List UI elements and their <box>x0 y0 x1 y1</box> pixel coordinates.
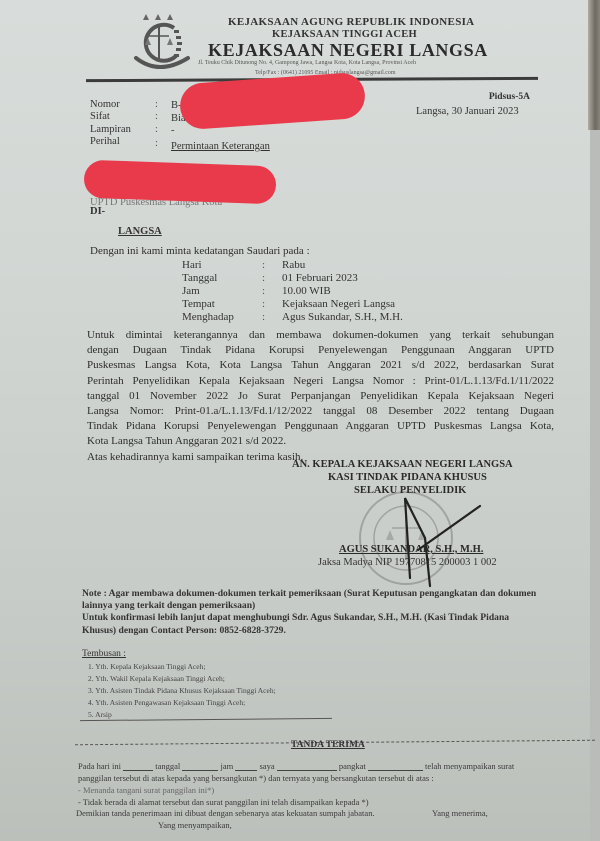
paragraph-line: tanggal 01 November 2022 Jo Surat Perpan… <box>87 389 554 404</box>
note-line: Note : Agar membawa dokumen-dokumen terk… <box>82 588 536 599</box>
colon: : <box>262 311 265 323</box>
schedule-label: Menghadap <box>182 311 234 323</box>
colon: : <box>262 272 265 284</box>
redaction-mark <box>83 160 276 205</box>
tembusan-item: 3. Yth. Asisten Tindak Pidana Khusus Kej… <box>88 686 276 695</box>
receipt-statement: Demikian tanda penerimaan ini dibuat den… <box>76 808 375 818</box>
colon: : <box>262 259 265 271</box>
letterhead-office: KEJAKSAAN NEGERI LANGSA <box>208 40 488 61</box>
note-line: Untuk konfirmasi lebih lanjut dapat meng… <box>82 612 509 623</box>
letterhead-address: Jl. Teuku Chik Ditunong No. 4, Gampong J… <box>198 60 416 66</box>
schedule-value: Rabu <box>282 259 305 271</box>
tembusan-item: 2. Yth. Wakil Kepala Kejaksaan Tinggi Ac… <box>88 674 225 683</box>
colon: : <box>262 298 265 310</box>
tembusan-item: 1. Yth. Kepala Kejaksaan Tinggi Aceh; <box>88 662 205 671</box>
colon: : <box>155 99 158 110</box>
tembusan-title: Tembusan : <box>82 649 126 659</box>
signer-rank-nip: Jaksa Madya NIP 19770815 200003 1 002 <box>318 557 497 568</box>
schedule-value: 01 Februari 2023 <box>282 272 358 284</box>
signature-title1: AN. KEPALA KEJAKSAAN NEGERI LANGSA <box>292 459 513 470</box>
receipt-option1: - Menanda tangani surat panggilan ini*) <box>78 785 214 795</box>
blank-field <box>277 770 337 771</box>
receipt-receiver: Yang menerima, <box>432 808 488 818</box>
blank-field <box>235 770 257 771</box>
meta-label-perihal: Perihal <box>90 136 120 147</box>
schedule-label: Hari <box>182 259 202 271</box>
meta-label-nomor: Nomor <box>90 99 120 110</box>
body-paragraph: Untuk dimintai keterangannya dan membawa… <box>87 328 554 465</box>
receipt-word: telah menyampaikan surat <box>425 761 514 771</box>
receipt-word: pangkat <box>339 761 366 771</box>
note-line: lainnya yang terkait dengan pemeriksaan) <box>82 600 255 611</box>
paragraph-line: Langsa Nomor: Print-01.a/L.1.13/Fd.1/12/… <box>87 404 554 419</box>
paragraph-line: dengan Dugaan Tindak Pidana Korupsi Peny… <box>87 343 554 358</box>
letterhead-line2: KEJAKSAAN TINGGI ACEH <box>272 29 417 40</box>
schedule-label: Tempat <box>182 298 215 310</box>
paragraph-line: Kota Langsa Tahun Anggaran 2021 s/d 2022… <box>87 434 554 449</box>
schedule-value: Kejaksaan Negeri Langsa <box>282 298 395 310</box>
prosecutor-emblem-icon <box>132 12 192 74</box>
meta-label-sifat: Sifat <box>90 111 110 122</box>
note-line: Khusus) dengan Contact Person: 0852-6828… <box>82 625 286 636</box>
blank-field <box>182 770 218 771</box>
colon: : <box>155 124 158 135</box>
receipt-option2: - Tidak berada di alamat tersebut dan su… <box>78 797 369 807</box>
place-date: Langsa, 30 Januari 2023 <box>416 106 519 117</box>
receipt-word: tanggal <box>155 761 180 771</box>
receipt-line1: Pada hari ini tanggal jam saya pangkat t… <box>78 761 514 771</box>
receipt-sender: Yang menyampaikan, <box>158 820 232 830</box>
blank-field <box>368 770 423 771</box>
intro-text: Dengan ini kami minta kedatangan Saudari… <box>90 245 310 257</box>
colon: : <box>262 285 265 297</box>
paragraph-line: Untuk dimintai keterangannya dan membawa… <box>87 328 554 343</box>
colon: : <box>155 111 158 122</box>
form-code: Pidsus-5A <box>489 92 530 102</box>
receipt-word: jam <box>221 761 234 771</box>
paragraph-line: Tindak Pidana Korupsi Penyelewengan Peng… <box>87 419 554 434</box>
signer-name: AGUS SUKANDAR, S.H., M.H. <box>339 544 483 555</box>
recipient-city: LANGSA <box>118 226 162 237</box>
blank-field <box>123 770 153 771</box>
recipient-di: DI- <box>90 206 105 217</box>
receipt-line2: panggilan tersebut di atas kepada yang b… <box>78 773 434 783</box>
schedule-value: 10.00 WIB <box>282 285 331 297</box>
handwritten-signature <box>370 478 510 598</box>
receipt-word: saya <box>260 761 275 771</box>
paragraph-line: Perintah Penyelidikan Kepala Kejaksaan N… <box>87 374 554 389</box>
letterhead-line1: KEJAKSAAN AGUNG REPUBLIK INDONESIA <box>228 16 474 28</box>
tembusan-item: 4. Yth. Asisten Pengawasan Kejaksaan Tin… <box>88 698 245 707</box>
meta-value-perihal: Permintaan Keterangan <box>171 141 270 152</box>
paragraph-line: Puskesmas Langsa Kota, Kota Langsa Tahun… <box>87 358 554 373</box>
colon: : <box>155 138 158 149</box>
receipt-word: Pada hari ini <box>78 761 121 771</box>
schedule-value: Agus Sukandar, S.H., M.H. <box>282 311 403 323</box>
schedule-label: Jam <box>182 285 200 297</box>
meta-value-lampiran: - <box>171 125 175 136</box>
schedule-label: Tanggal <box>182 272 217 284</box>
tembusan-item: 5. Arsip <box>88 710 112 719</box>
background-edge <box>588 0 600 130</box>
receipt-title: TANDA TERIMA <box>291 740 365 750</box>
meta-label-lampiran: Lampiran <box>90 124 131 135</box>
